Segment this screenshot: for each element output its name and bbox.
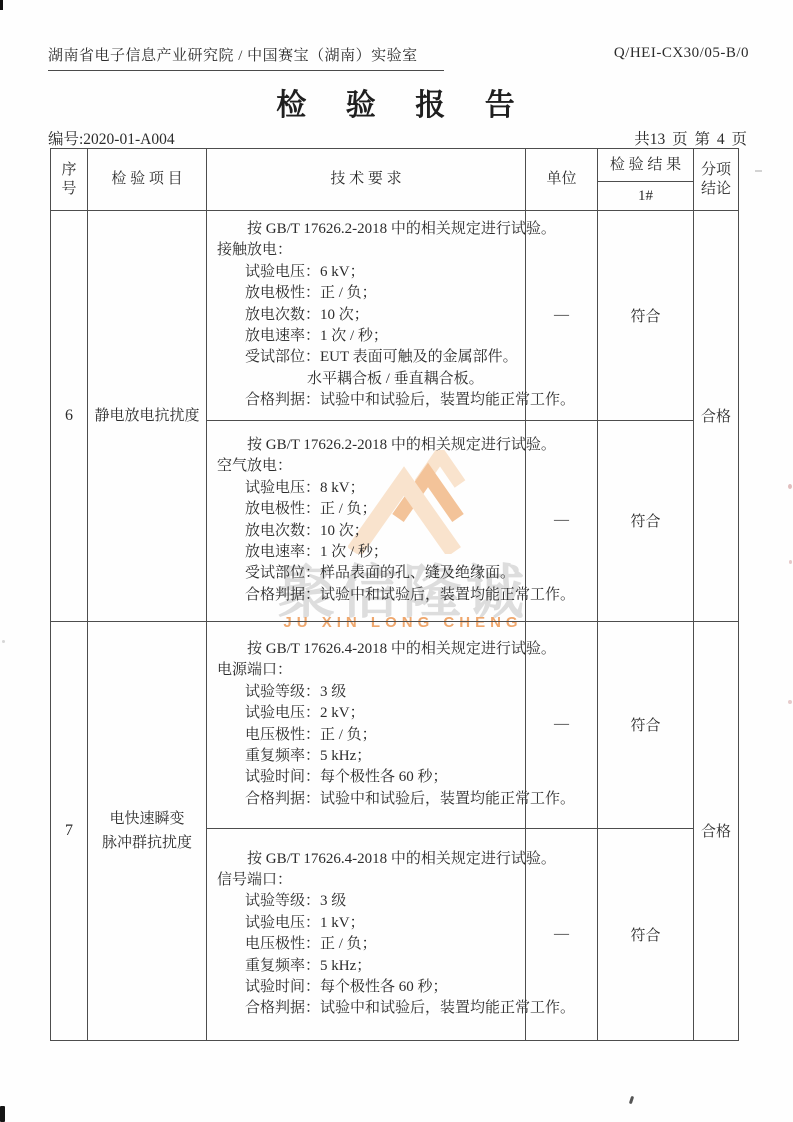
- result-cell: 符合: [598, 211, 694, 421]
- header-seq: 序号: [51, 149, 88, 211]
- requirement-line: 电源端口：: [217, 660, 519, 681]
- header-requirement: 技 术 要 求: [207, 149, 526, 211]
- scan-artifact: [629, 1096, 634, 1105]
- unit-cell: —: [526, 211, 598, 421]
- table-row: 7电快速瞬变脉冲群抗扰度按 GB/T 17626.4-2018 中的相关规定进行…: [51, 621, 739, 828]
- report-page: 聚信隆诚 JU XIN LONG CHENG 湖南省电子信息产业研究院 / 中国…: [0, 0, 793, 1122]
- table-header-row-1: 序号 检 验 项 目 技 术 要 求 单位 检 验 结 果 分项结论: [51, 149, 739, 182]
- requirement-line: 信号端口：: [217, 870, 519, 891]
- conclusion-cell: 合格: [694, 211, 739, 622]
- requirement-line: 放电次数：10 次；: [217, 305, 519, 326]
- report-number: 编号:2020-01-A004: [48, 127, 175, 149]
- row-seq: 6: [51, 211, 88, 622]
- header-result-group: 检 验 结 果: [598, 149, 694, 182]
- requirement-line: 合格判据：试验中和试验后，装置均能正常工作。: [217, 789, 519, 810]
- requirement-line: 电压极性：正 / 负；: [217, 934, 519, 955]
- report-title: 检 验 报 告: [0, 80, 793, 124]
- requirement-line: 试验等级：3 级: [217, 891, 519, 912]
- result-cell: 符合: [598, 621, 694, 828]
- scan-artifact: [788, 700, 792, 704]
- row-seq: 7: [51, 621, 88, 1040]
- row-item-line: 脉冲群抗扰度: [88, 831, 206, 855]
- requirement-cell: 按 GB/T 17626.4-2018 中的相关规定进行试验。信号端口：试验等级…: [207, 828, 526, 1040]
- scan-artifact: [755, 170, 762, 172]
- requirement-line: 试验电压：1 kV；: [217, 913, 519, 934]
- result-cell: 符合: [598, 420, 694, 621]
- requirement-line: 试验电压：2 kV；: [217, 703, 519, 724]
- row-item-line: 静电放电抗扰度: [88, 404, 206, 428]
- requirement-line: 放电速率：1 次 / 秒；: [217, 542, 519, 563]
- row-item-line: 电快速瞬变: [88, 807, 206, 831]
- page-info: 共13 页 第 4 页: [634, 127, 747, 149]
- requirement-line: 放电极性：正 / 负；: [217, 283, 519, 304]
- requirement-line: 放电极性：正 / 负；: [217, 499, 519, 520]
- requirement-line: 试验电压：6 kV；: [217, 262, 519, 283]
- row-item: 电快速瞬变脉冲群抗扰度: [88, 621, 207, 1040]
- requirement-line: 空气放电：: [217, 456, 519, 477]
- requirement-line: 试验时间：每个极性各 60 秒；: [217, 767, 519, 788]
- requirement-line: 放电速率：1 次 / 秒；: [217, 326, 519, 347]
- scan-artifact: [788, 484, 792, 489]
- requirement-line: 合格判据：试验中和试验后，装置均能正常工作。: [217, 998, 519, 1019]
- requirement-line: 受试部位：EUT 表面可触及的金属部件。: [217, 347, 519, 368]
- document-code: Q/HEI-CX30/05-B/0: [614, 44, 749, 62]
- requirement-line: 试验时间：每个极性各 60 秒；: [217, 977, 519, 998]
- row-item: 静电放电抗扰度: [88, 211, 207, 622]
- requirement-line: 合格判据：试验中和试验后，装置均能正常工作。: [217, 390, 519, 411]
- requirement-line: 按 GB/T 17626.2-2018 中的相关规定进行试验。: [217, 435, 519, 456]
- header-conclusion: 分项结论: [694, 149, 739, 211]
- meta-row: 编号:2020-01-A004 共13 页 第 4 页: [48, 127, 747, 149]
- requirement-line: 合格判据：试验中和试验后，装置均能正常工作。: [217, 585, 519, 606]
- requirement-line: 按 GB/T 17626.4-2018 中的相关规定进行试验。: [217, 849, 519, 870]
- requirement-line: 接触放电：: [217, 240, 519, 261]
- header-result-sample: 1#: [598, 182, 694, 211]
- requirement-line: 水平耦合板 / 垂直耦合板。: [217, 369, 519, 390]
- header-unit: 单位: [526, 149, 598, 211]
- header-item: 检 验 项 目: [88, 149, 207, 211]
- requirement-line: 电压极性：正 / 负；: [217, 725, 519, 746]
- lab-name: 湖南省电子信息产业研究院 / 中国赛宝（湖南）实验室: [48, 44, 444, 71]
- requirement-line: 试验等级：3 级: [217, 682, 519, 703]
- document-header: 湖南省电子信息产业研究院 / 中国赛宝（湖南）实验室 Q/HEI-CX30/05…: [48, 44, 749, 71]
- scan-artifact: [2, 640, 5, 643]
- requirement-cell: 按 GB/T 17626.2-2018 中的相关规定进行试验。接触放电：试验电压…: [207, 211, 526, 421]
- result-cell: 符合: [598, 828, 694, 1040]
- table-row: 6静电放电抗扰度按 GB/T 17626.2-2018 中的相关规定进行试验。接…: [51, 211, 739, 421]
- inspection-table: 序号 检 验 项 目 技 术 要 求 单位 检 验 结 果 分项结论 1# 6静…: [50, 148, 739, 1041]
- conclusion-cell: 合格: [694, 621, 739, 1040]
- requirement-line: 重复频率：5 kHz；: [217, 746, 519, 767]
- report-table-head: 序号 检 验 项 目 技 术 要 求 单位 检 验 结 果 分项结论 1#: [51, 149, 739, 211]
- scan-artifact: [789, 560, 792, 564]
- requirement-cell: 按 GB/T 17626.4-2018 中的相关规定进行试验。电源端口：试验等级…: [207, 621, 526, 828]
- report-table-body: 6静电放电抗扰度按 GB/T 17626.2-2018 中的相关规定进行试验。接…: [51, 211, 739, 1041]
- requirement-line: 试验电压：8 kV；: [217, 478, 519, 499]
- requirement-line: 受试部位：样品表面的孔、缝及绝缘面。: [217, 563, 519, 584]
- requirement-line: 按 GB/T 17626.2-2018 中的相关规定进行试验。: [217, 219, 519, 240]
- scan-artifact: [0, 1106, 5, 1122]
- requirement-cell: 按 GB/T 17626.2-2018 中的相关规定进行试验。空气放电：试验电压…: [207, 420, 526, 621]
- requirement-line: 按 GB/T 17626.4-2018 中的相关规定进行试验。: [217, 639, 519, 660]
- requirement-line: 放电次数：10 次；: [217, 521, 519, 542]
- requirement-line: 重复频率：5 kHz；: [217, 956, 519, 977]
- scan-artifact: [0, 0, 3, 10]
